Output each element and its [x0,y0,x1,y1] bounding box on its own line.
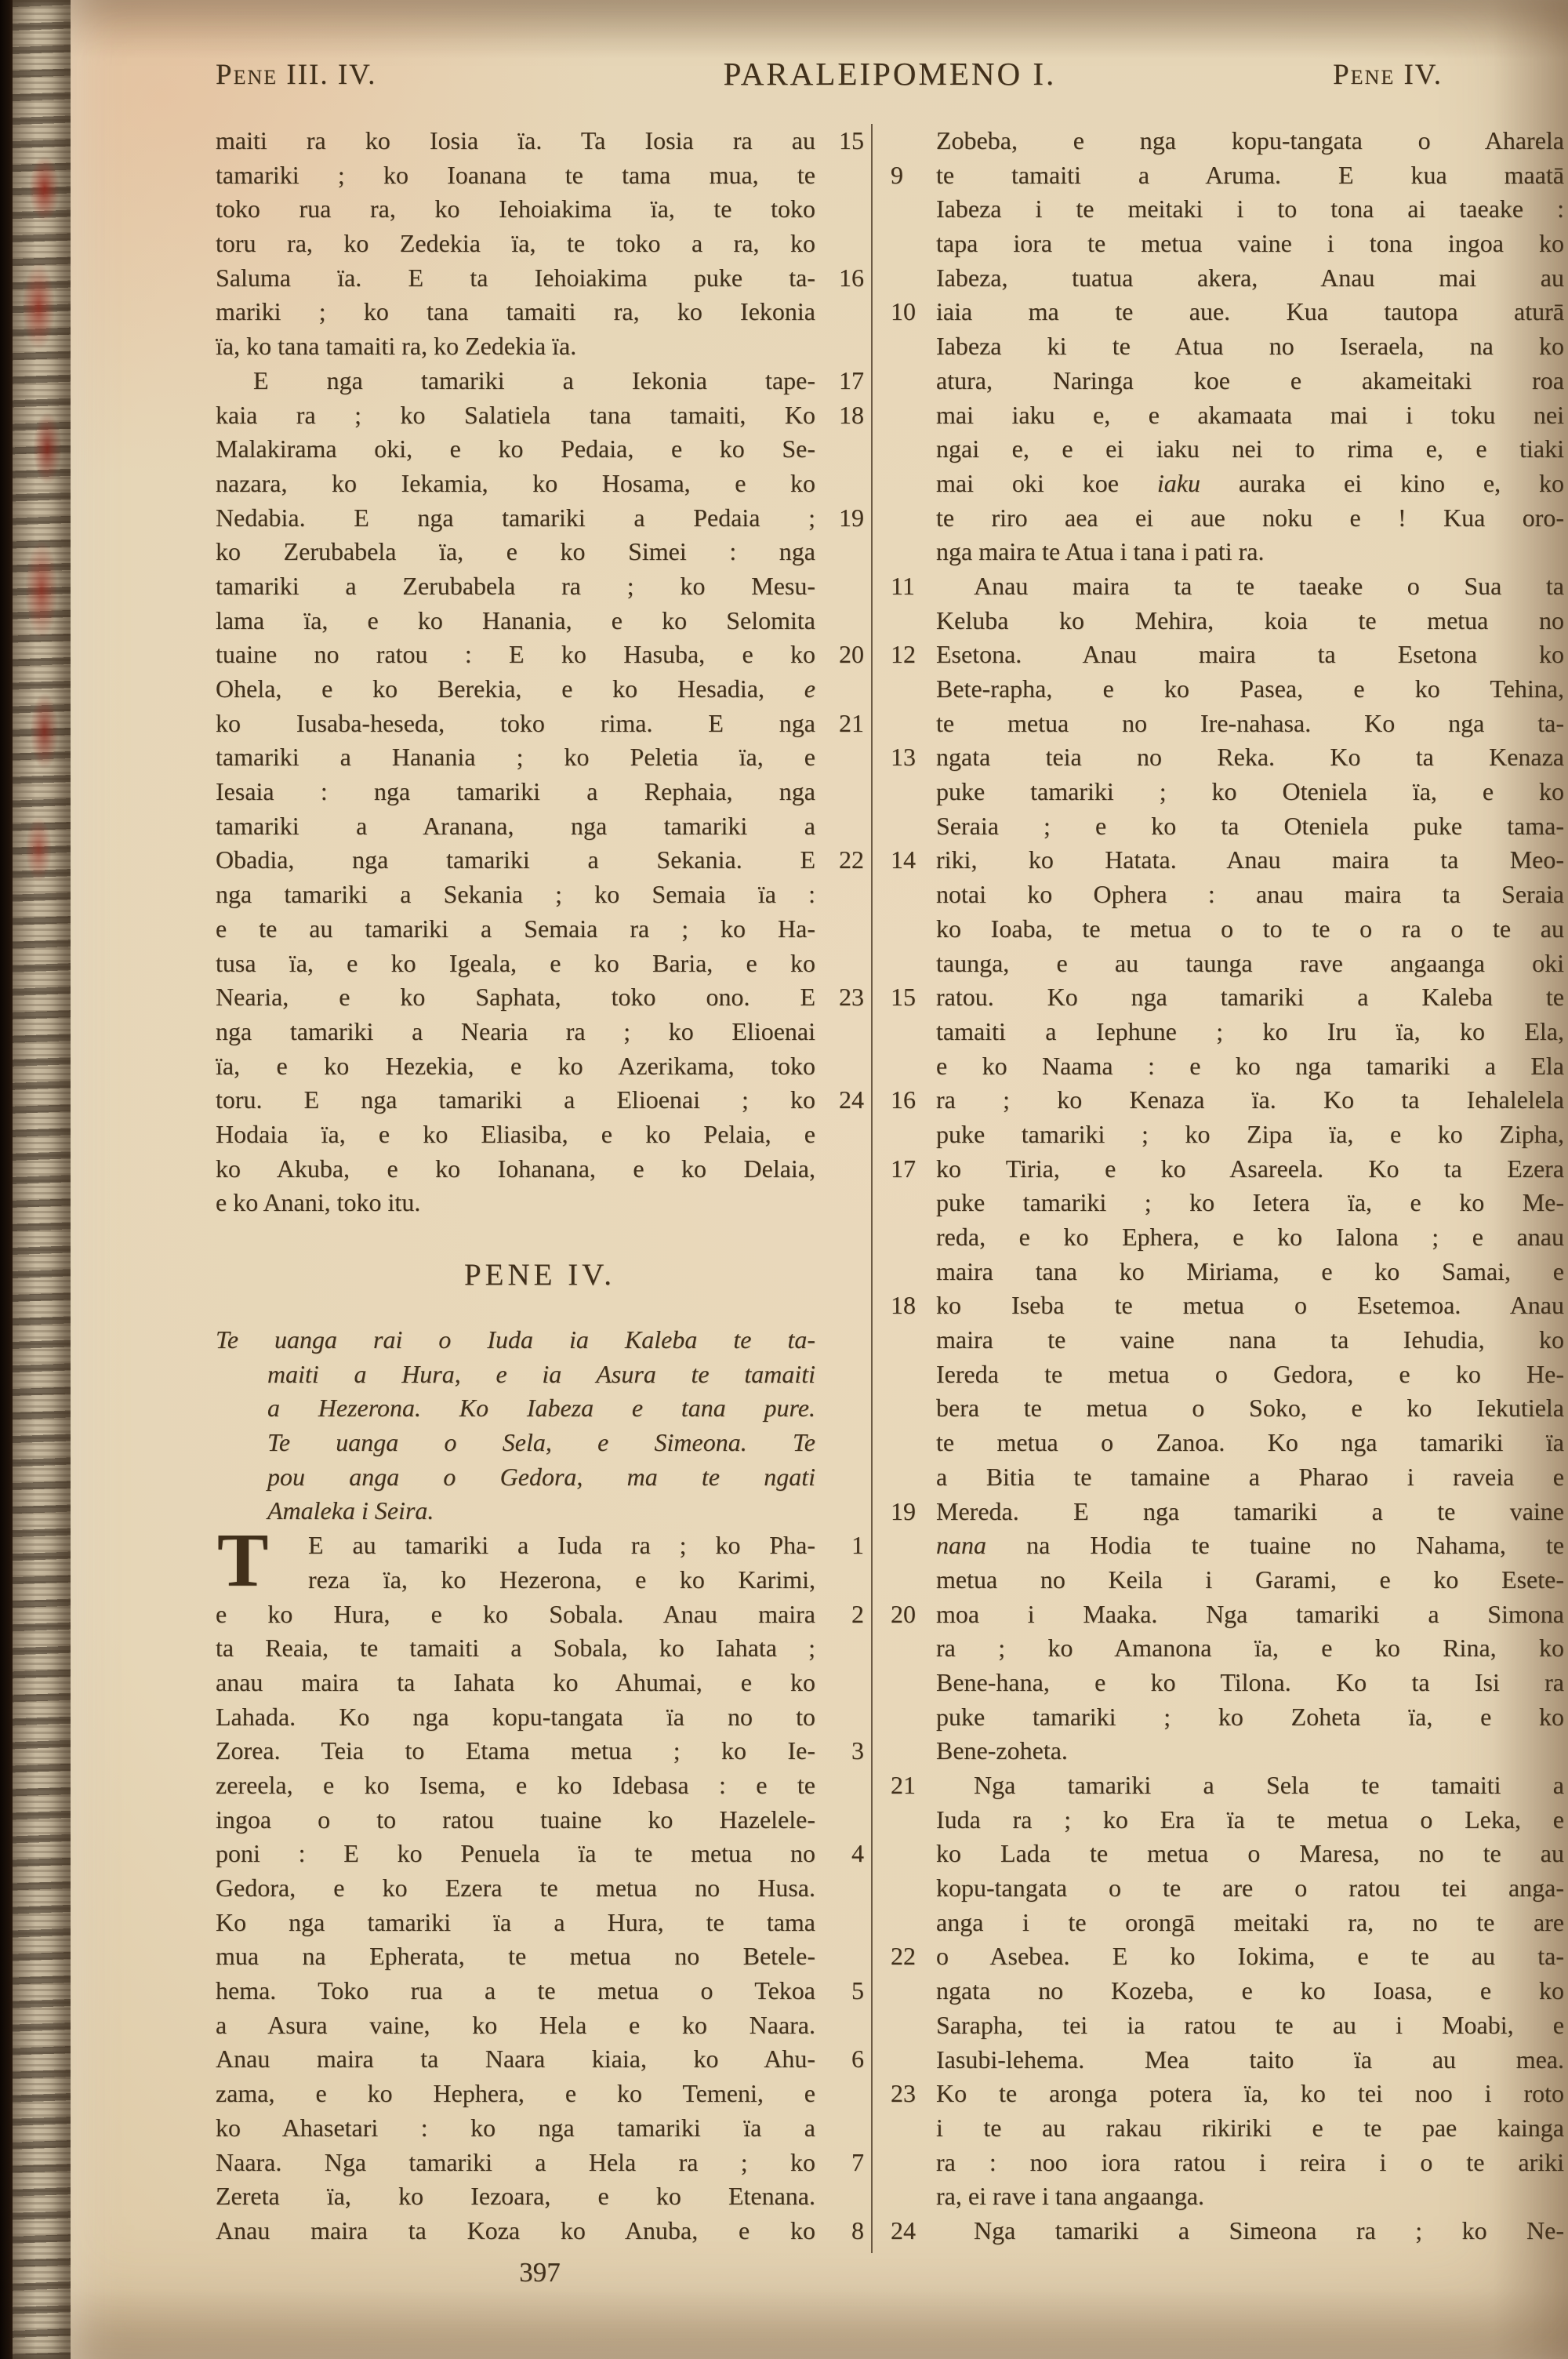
verse-number-gutter [815,158,864,193]
verse-number: 21 [815,707,864,741]
verse-number-gutter [887,192,936,227]
verse-number-gutter [815,912,864,947]
text-line: poni : E ko Penuela ïa te metua no4 [216,1837,864,1871]
text-line: maiti a Hura, e ia Asura te tamaiti [216,1358,864,1392]
verse-number-gutter [815,809,864,844]
verse-text: zama, e ko Hephera, e ko Temeni, e [216,2077,815,2111]
verse-number-gutter [815,604,864,638]
verse-number-gutter [887,707,936,741]
verse-text: puke tamariki ; ko Oteniela ïa, e ko [936,775,1564,809]
verse-text: Amaleka i Seira. [216,1494,815,1528]
verse-text: Gedora, e ko Ezera te metua no Husa. [216,1871,815,1906]
verse-number-gutter [815,1906,864,1940]
verse-text: tamariki a Aranana, nga tamariki a [216,809,815,844]
verse-number-gutter [815,1768,864,1803]
text-line: Naara. Nga tamariki a Hela ra ; ko7 [216,2146,864,2180]
verse-text: e ko Hura, e ko Sobala. Anau maira [216,1598,815,1632]
text-line: 15ratou. Ko nga tamariki a Kaleba te [887,980,1564,1015]
text-line: Zobeba, e nga kopu-tangata o Aharela [887,124,1564,158]
text-line: Zereta ïa, ko Iezoara, e ko Etenana. [216,2179,864,2214]
verse-number-gutter [815,569,864,604]
text-line: ïa, ko tana tamaiti ra, ko Zedekia ïa. [216,329,864,364]
text-line: mariki ; ko tana tamaiti ra, ko Iekonia [216,295,864,329]
page-fore-edge [13,0,71,2359]
verse-text: ra, ei rave i tana angaanga. [936,2179,1564,2214]
text-line: 10iaia ma te aue. Kua tautopa aturā [887,295,1564,329]
text-line: nga maira te Atua i tana i pati ra. [887,535,1564,569]
verse-number: 16 [815,261,864,296]
text-line: mua na Epherata, te metua no Betele- [216,1939,864,1974]
verse-text: maira tana ko Miriama, e ko Samai, e [936,1255,1564,1289]
verse-number-gutter [815,1426,864,1460]
verse-text: pou anga o Gedora, ma te ngati [216,1460,815,1495]
text-line: maira tana ko Miriama, e ko Samai, e [887,1255,1564,1289]
verse-number-gutter [887,1391,936,1426]
text-line: 19Mereda. E nga tamariki a te vaine [887,1495,1564,1529]
text-line: 18ko Iseba te metua o Esetemoa. Anau [887,1289,1564,1323]
text-line: 24Nga tamariki a Simeona ra ; ko Ne- [887,2214,1564,2248]
verse-number-gutter [815,1494,864,1528]
text-line: Zorea. Teia to Etama metua ; ko Ie-3 [216,1734,864,1768]
text-line: ko Ioaba, te metua o to te o ra o te au [887,912,1564,947]
text-line: Iuda ra ; ko Era ïa te metua o Leka, e [887,1803,1564,1837]
text-line: 16ra ; ko Kenaza ïa. Ko ta Iehalelela [887,1083,1564,1118]
text-line: puke tamariki ; ko Ietera ïa, e ko Me- [887,1186,1564,1220]
verse-number-gutter [887,124,936,158]
verse-number-gutter [887,227,936,261]
verse-number: 9 [887,158,936,193]
verse-number: 21 [887,1768,936,1803]
verse-number: 11 [887,569,936,604]
verse-text: Iabeza ki te Atua no Iseraela, na ko [936,329,1564,364]
text-line: taunga, e au taunga rave angaanga oki [887,947,1564,981]
verse-number: 1 [815,1528,864,1563]
verse-text: Mereda. E nga tamariki a te vaine [936,1495,1564,1529]
verse-text: notai ko Ophera : anau maira ta Seraia [936,878,1564,912]
text-line: Saluma ïa. E ta Iehoiakima puke ta-16 [216,261,864,296]
verse-number-gutter [887,1323,936,1358]
verse-number-gutter [887,329,936,364]
text-line: Bene-hana, e ko Tilona. Ko ta Isi ra [887,1666,1564,1700]
verse-text: mai oki koe iaku auraka ei kino e, ko [936,467,1564,501]
verse-number: 18 [815,398,864,433]
text-segment: na Hodia te tuaine no Nahama, te [986,1531,1564,1559]
text-line: e ko Hura, e ko Sobala. Anau maira2 [216,1598,864,1632]
text-line: maiti ra ko Iosia ïa. Ta Iosia ra au15 [216,124,864,158]
text-line: Iereda te metua o Gedora, e ko He- [887,1358,1564,1392]
verse-text: puke tamariki ; ko Ietera ïa, e ko Me- [936,1186,1564,1220]
column-divider-rule [871,124,873,2253]
text-line: ko Ahasetari : ko nga tamariki ïa a [216,2111,864,2146]
verse-text: ngai e, e ei iaku nei to rima e, e tiaki [936,432,1564,467]
verse-text: nga tamariki a Nearia ra ; ko Elioenai [216,1015,815,1049]
verse-number-gutter [815,1939,864,1974]
text-line: tamariki a Zerubabela ra ; ko Mesu- [216,569,864,604]
verse-text: Ohela, e ko Berekia, e ko Hesadia, e [216,672,815,707]
verse-text: Bene-hana, e ko Tilona. Ko ta Isi ra [936,1666,1564,1700]
text-line: kopu-tangata o te are o ratou tei anga- [887,1871,1564,1906]
text-line: E au tamariki a Iuda ra ; ko Pha-1 [216,1528,864,1563]
text-line: anau maira ta Iahata ko Ahumai, e ko [216,1666,864,1700]
text-line: 9te tamaiti a Aruma. E kua maatā [887,158,1564,193]
verse-number-gutter [815,1666,864,1700]
text-line: nazara, ko Iekamia, ko Hosama, e ko [216,467,864,501]
text-line: e ko Anani, toko itu. [216,1186,864,1220]
verse-number-gutter [815,1700,864,1735]
verse-number-gutter [815,672,864,707]
verse-text: maira te vaine nana ta Iehudia, ko [936,1323,1564,1358]
verse-text: E au tamariki a Iuda ra ; ko Pha- [216,1528,815,1563]
verse-text: tamariki ; ko Ioanana te tama mua, te [216,158,815,193]
verse-number: 23 [887,2077,936,2111]
verse-text: a Bitia te tamaine a Pharao i raveia e [936,1460,1564,1495]
right-text-column: Zobeba, e nga kopu-tangata o Aharela9te … [887,124,1564,2248]
verse-number: 15 [887,980,936,1015]
verse-text: ngata no Kozeba, e ko Ioasa, e ko [936,1974,1564,2008]
text-line: ta Reaia, te tamaiti a Sobala, ko Iahata… [216,1631,864,1666]
text-line: ngata no Kozeba, e ko Ioasa, e ko [887,1974,1564,2008]
verse-number-gutter [815,1118,864,1152]
verse-number-gutter [815,295,864,329]
verse-number: 18 [887,1289,936,1323]
verse-text: ko Ioaba, te metua o to te o ra o te au [936,912,1564,947]
verse-text: Zereta ïa, ko Iezoara, e ko Etenana. [216,2179,815,2214]
text-line: puke tamariki ; ko Zoheta ïa, e ko [887,1700,1564,1735]
text-line: Iesaia : nga tamariki a Rephaia, nga [216,775,864,809]
text-segment: Ohela, e ko Berekia, e ko Hesadia, [216,674,804,703]
verse-text: reda, e ko Ephera, e ko Ialona ; e anau [936,1220,1564,1255]
text-line: kaia ra ; ko Salatiela tana tamaiti, Ko1… [216,398,864,433]
text-line: 21Nga tamariki a Sela te tamaiti a [887,1768,1564,1803]
verse-text: E nga tamariki a Iekonia tape- [216,364,815,398]
verse-number-gutter [815,192,864,227]
text-line: pou anga o Gedora, ma te ngati [216,1460,864,1495]
verse-text: ko Lada te metua o Maresa, no te au [936,1837,1564,1871]
verse-number-gutter [815,1358,864,1392]
text-line: ïa, e ko Hezekia, e ko Azerikama, toko [216,1049,864,1084]
text-line: toko rua ra, ko Iehoiakima ïa, te toko [216,192,864,227]
verse-text: ratou. Ko nga tamariki a Kaleba te [936,980,1564,1015]
verse-text: maiti a Hura, e ia Asura te tamaiti [216,1358,815,1392]
verse-text: Lahada. Ko nga kopu-tangata ïa no to [216,1700,815,1735]
text-line: Sarapha, tei ia ratou te au i Moabi, e [887,2008,1564,2043]
verse-number: 6 [815,2042,864,2077]
verse-text: taunga, e au taunga rave angaanga oki [936,947,1564,981]
text-line: 13ngata teia no Reka. Ko ta Kenaza [887,740,1564,775]
verse-text: atura, Naringa koe e akameitaki roa [936,364,1564,398]
verse-number-gutter [887,1906,936,1940]
verse-text: maiti ra ko Iosia ïa. Ta Iosia ra au [216,124,815,158]
verse-text: Te uanga rai o Iuda ia Kaleba te ta- [216,1323,815,1358]
verse-text: mua na Epherata, te metua no Betele- [216,1939,815,1974]
verse-number-gutter [887,1186,936,1220]
chapter-heading: PENE IV. [216,1220,864,1323]
verse-text: Malakirama oki, e ko Pedaia, e ko Se- [216,432,815,467]
text-line: te metua no Ire-nahasa. Ko nga ta- [887,707,1564,741]
verse-number-gutter [815,467,864,501]
text-line: Iabeza i te meitaki i to tona ai taeake … [887,192,1564,227]
verse-text: ko Akuba, e ko Iohanana, e ko Delaia, [216,1152,815,1187]
verse-text: ko Tiria, e ko Asareela. Ko ta Ezera [936,1152,1564,1187]
verse-number: 20 [887,1598,936,1632]
italic-word: e [804,674,815,703]
verse-text: Te uanga o Sela, e Simeona. Te [216,1426,815,1460]
verse-number-gutter [887,398,936,433]
verse-text: a Hezerona. Ko Iabeza e tana pure. [216,1391,815,1426]
verse-text: te metua no Ire-nahasa. Ko nga ta- [936,707,1564,741]
verse-text: Keluba ko Mehira, koia te metua no [936,604,1564,638]
verse-number-gutter [815,1015,864,1049]
verse-number-gutter [815,2179,864,2214]
verse-number-gutter [887,1700,936,1735]
text-line: a Bitia te tamaine a Pharao i raveia e [887,1460,1564,1495]
verse-number-gutter [815,1391,864,1426]
italic-word: iaku [1157,469,1200,497]
verse-text: e ko Anani, toko itu. [216,1186,815,1220]
verse-text: te metua o Zanoa. Ko nga tamariki ïa [936,1426,1564,1460]
verse-text: Saluma ïa. E ta Iehoiakima puke ta- [216,261,815,296]
text-line: tamariki a Aranana, nga tamariki a [216,809,864,844]
verse-text: ko Ahasetari : ko nga tamariki ïa a [216,2111,815,2146]
text-line: tuaine no ratou : E ko Hasuba, e ko20 [216,638,864,672]
text-line: ra, ei rave i tana angaanga. [887,2179,1564,2214]
verse-text: poni : E ko Penuela ïa te metua no [216,1837,815,1871]
verse-text: tamariki a Zerubabela ra ; ko Mesu- [216,569,815,604]
verse-number-gutter [815,227,864,261]
text-line: 12Esetona. Anau maira ta Esetona ko [887,638,1564,672]
verse-number-gutter [887,1871,936,1906]
verse-number-gutter [815,1323,864,1358]
verse-text: Anau maira ta te taeake o Sua ta [936,569,1564,604]
verse-number-gutter [887,1974,936,2008]
verse-number: 4 [815,1837,864,1871]
verse-text: Nedabia. E nga tamariki a Pedaia ; [216,501,815,536]
verse-text: Iabeza i te meitaki i to tona ai taeake … [936,192,1564,227]
verse-number: 19 [887,1495,936,1529]
text-line: reda, e ko Ephera, e ko Ialona ; e anau [887,1220,1564,1255]
text-line: reza ïa, ko Hezerona, e ko Karimi, [216,1563,864,1598]
text-line: Obadia, nga tamariki a Sekania. E22 [216,843,864,878]
verse-number-gutter [815,947,864,981]
text-line: ngai e, e ei iaku nei to rima e, e tiaki [887,432,1564,467]
verse-text: Anau maira ta Koza ko Anuba, e ko [216,2214,815,2248]
verse-text: puke tamariki ; ko Zoheta ïa, e ko [936,1700,1564,1735]
text-line: 17ko Tiria, e ko Asareela. Ko ta Ezera [887,1152,1564,1187]
verse-text: te riro aea ei aue noku e ! Kua oro- [936,501,1564,536]
verse-number: 19 [815,501,864,536]
verse-number: 17 [815,364,864,398]
verse-text: Nga tamariki a Sela te tamaiti a [936,1768,1564,1803]
verse-number-gutter [887,1460,936,1495]
verse-number-gutter [815,329,864,364]
text-line: bera te metua o Soko, e ko Iekutiela [887,1391,1564,1426]
verse-number-gutter [815,432,864,467]
verse-number-gutter [887,261,936,296]
text-line: tusa ïa, e ko Igeala, e ko Baria, e ko [216,947,864,981]
text-line: a Hezerona. Ko Iabeza e tana pure. [216,1391,864,1426]
verse-text: tamariki a Hanania ; ko Peletia ïa, e [216,740,815,775]
verse-number: 16 [887,1083,936,1118]
text-line: Hodaia ïa, e ko Eliasiba, e ko Pelaia, e [216,1118,864,1152]
verse-number-gutter [815,1871,864,1906]
text-line: ko Zerubabela ïa, e ko Simei : nga [216,535,864,569]
text-line: 22o Asebea. E ko Iokima, e te au ta- [887,1939,1564,1974]
text-line: ra ; ko Amanona ïa, e ko Rina, ko [887,1631,1564,1666]
verse-number: 20 [815,638,864,672]
verse-text: Nga tamariki a Simeona ra ; ko Ne- [936,2214,1564,2248]
verse-text: ïa, e ko Hezekia, e ko Azerikama, toko [216,1049,815,1084]
verse-number: 17 [887,1152,936,1187]
text-line: ko Akuba, e ko Iohanana, e ko Delaia, [216,1152,864,1187]
text-line: Bete-rapha, e ko Pasea, e ko Tehina, [887,672,1564,707]
running-head-right: Pene IV. [1333,58,1443,92]
verse-text: i te au rakau rikiriki e te pae kainga [936,2111,1564,2146]
verse-text: ra ; ko Amanona ïa, e ko Rina, ko [936,1631,1564,1666]
verse-text: Esetona. Anau maira ta Esetona ko [936,638,1564,672]
verse-number-gutter [887,1015,936,1049]
verse-text: kaia ra ; ko Salatiela tana tamaiti, Ko [216,398,815,433]
text-line: maira te vaine nana ta Iehudia, ko [887,1323,1564,1358]
text-line: tamariki ; ko Ioanana te tama mua, te [216,158,864,193]
verse-text: tusa ïa, e ko Igeala, e ko Baria, e ko [216,947,815,981]
verse-text: puke tamariki ; ko Zipa ïa, e ko Zipha, [936,1118,1564,1152]
verse-text: nazara, ko Iekamia, ko Hosama, e ko [216,467,815,501]
verse-number-gutter [815,1186,864,1220]
verse-number-gutter [887,467,936,501]
book-binding-shadow [0,0,13,2359]
text-line: atura, Naringa koe e akameitaki roa [887,364,1564,398]
text-line: Seraia ; e ko ta Oteniela puke tama- [887,809,1564,844]
text-segment: auraka ei kino e, ko [1200,469,1564,497]
verse-text: toru. E nga tamariki a Elioenai ; ko [216,1083,815,1118]
verse-number: 22 [887,1939,936,1974]
text-line: nga tamariki a Nearia ra ; ko Elioenai [216,1015,864,1049]
verse-text: Zobeba, e nga kopu-tangata o Aharela [936,124,1564,158]
printed-page: Pene III. IV. PARALEIPOMENO I. Pene IV. … [71,0,1568,2359]
verse-number-gutter [887,2146,936,2180]
verse-number: 15 [815,124,864,158]
text-line: anga i te orongā meitaki ra, no te are [887,1906,1564,1940]
text-line: E nga tamariki a Iekonia tape-17 [216,364,864,398]
verse-text: ta Reaia, te tamaiti a Sobala, ko Iahata… [216,1631,815,1666]
verse-number-gutter [887,878,936,912]
verse-text: Nearia, e ko Saphata, toko ono. E [216,980,815,1015]
verse-text: ra ; ko Kenaza ïa. Ko ta Iehalelela [936,1083,1564,1118]
verse-text: mariki ; ko tana tamaiti ra, ko Iekonia [216,295,815,329]
text-line: Iabeza, tuatua akera, Anau mai au [887,261,1564,296]
text-line: zama, e ko Hephera, e ko Temeni, e [216,2077,864,2111]
verse-number-gutter [887,1803,936,1837]
text-line: Iabeza ki te Atua no Iseraela, na ko [887,329,1564,364]
text-line: ko Iusaba-heseda, toko rima. E nga21 [216,707,864,741]
verse-number: 12 [887,638,936,672]
left-text-column: maiti ra ko Iosia ïa. Ta Iosia ra au15ta… [216,124,864,2248]
verse-number-gutter [815,740,864,775]
verse-text: kopu-tangata o te are o ratou tei anga- [936,1871,1564,1906]
verse-number: 7 [815,2146,864,2180]
verse-number-gutter [887,432,936,467]
text-line: hema. Toko rua a te metua o Tekoa5 [216,1974,864,2008]
verse-number: 5 [815,1974,864,2008]
text-line: 14riki, ko Hatata. Anau maira ta Meo- [887,843,1564,878]
verse-text: a Asura vaine, ko Hela e ko Naara. [216,2008,815,2043]
verse-text: ngata teia no Reka. Ko ta Kenaza [936,740,1564,775]
text-line: notai ko Ophera : anau maira ta Seraia [887,878,1564,912]
verse-text: Seraia ; e ko ta Oteniela puke tama- [936,809,1564,844]
text-line: Ohela, e ko Berekia, e ko Hesadia, e [216,672,864,707]
verse-text: e te au tamariki a Semaia ra ; ko Ha- [216,912,815,947]
italic-word: nana [936,1531,986,1559]
verse-number-gutter [887,1734,936,1768]
verse-number: 24 [887,2214,936,2248]
verse-text: ko Iseba te metua o Esetemoa. Anau [936,1289,1564,1323]
verse-number-gutter [815,535,864,569]
text-line: tamaiti a Iephune ; ko Iru ïa, ko Ela, [887,1015,1564,1049]
text-line: nga tamariki a Sekania ; ko Semaia ïa : [216,878,864,912]
verse-number-gutter [887,1426,936,1460]
text-line: ko Lada te metua o Maresa, no te au [887,1837,1564,1871]
verse-text: ko Zerubabela ïa, e ko Simei : nga [216,535,815,569]
text-line: Lahada. Ko nga kopu-tangata ïa no to [216,1700,864,1735]
text-line: puke tamariki ; ko Oteniela ïa, e ko [887,775,1564,809]
text-line: toru ra, ko Zedekia ïa, te toko a ra, ko [216,227,864,261]
text-line: Gedora, e ko Ezera te metua no Husa. [216,1871,864,1906]
verse-number: 10 [887,295,936,329]
verse-text: nana na Hodia te tuaine no Nahama, te [936,1528,1564,1563]
verse-number-gutter [887,2179,936,2214]
verse-number-gutter [887,1563,936,1598]
verse-number-gutter [815,1803,864,1837]
text-line: e ko Naama : e ko nga tamariki a Ela [887,1049,1564,1084]
verse-text: bera te metua o Soko, e ko Iekutiela [936,1391,1564,1426]
verse-text: iaia ma te aue. Kua tautopa aturā [936,295,1564,329]
verse-number-gutter [887,1631,936,1666]
verse-number-gutter [887,775,936,809]
verse-text: o Asebea. E ko Iokima, e te au ta- [936,1939,1564,1974]
verse-number-gutter [887,501,936,536]
verse-number-gutter [815,1049,864,1084]
verse-text: Iasubi-lehema. Mea taito ïa au mea. [936,2043,1564,2077]
text-line: Iasubi-lehema. Mea taito ïa au mea. [887,2043,1564,2077]
verse-text: Bete-rapha, e ko Pasea, e ko Tehina, [936,672,1564,707]
verse-text: Anau maira ta Naara kiaia, ko Ahu- [216,2042,815,2077]
verse-text: nga tamariki a Sekania ; ko Semaia ïa : [216,878,815,912]
verse-text: toru ra, ko Zedekia ïa, te toko a ra, ko [216,227,815,261]
verse-number-gutter [887,364,936,398]
book-page-photo: Pene III. IV. PARALEIPOMENO I. Pene IV. … [0,0,1568,2359]
verse-text: ïa, ko tana tamaiti ra, ko Zedekia ïa. [216,329,815,364]
text-line: Amaleka i Seira. [216,1494,864,1528]
text-line: te riro aea ei aue noku e ! Kua oro- [887,501,1564,536]
verse-text: e ko Naama : e ko nga tamariki a Ela [936,1049,1564,1084]
verse-text: toko rua ra, ko Iehoiakima ïa, te toko [216,192,815,227]
verse-text: Bene-zoheta. [936,1734,1564,1768]
verse-number-gutter [887,1220,936,1255]
verse-number: 3 [815,1734,864,1768]
text-line: Malakirama oki, e ko Pedaia, e ko Se- [216,432,864,467]
verse-number: 22 [815,843,864,878]
text-line: mai iaku e, e akamaata mai i toku nei [887,398,1564,433]
text-line: Ko nga tamariki ïa a Hura, te tama [216,1906,864,1940]
verse-text: te tamaiti a Aruma. E kua maatā [936,158,1564,193]
verse-text: Ko nga tamariki ïa a Hura, te tama [216,1906,815,1940]
drop-cap: T [217,1522,268,1599]
verse-text: Naara. Nga tamariki a Hela ra ; ko [216,2146,815,2180]
verse-text: mai iaku e, e akamaata mai i toku nei [936,398,1564,433]
text-line: i te au rakau rikiriki e te pae kainga [887,2111,1564,2146]
verse-text: tapa iora te metua vaine i tona ingoa ko [936,227,1564,261]
text-line: nana na Hodia te tuaine no Nahama, te [887,1528,1564,1563]
